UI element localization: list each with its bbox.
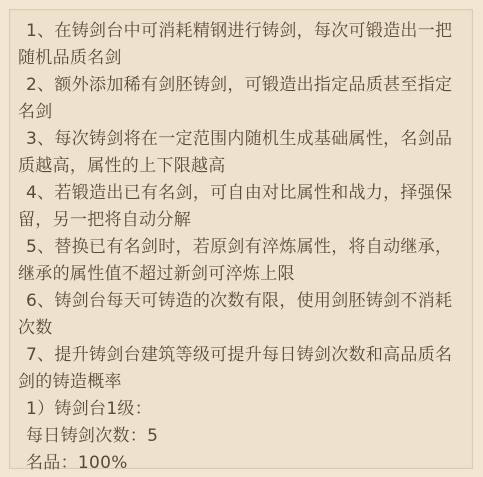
rule-4: 4、若锻造出已有名剑，可自由对比属性和战力，择强保留，另一把将自动分解 xyxy=(18,180,468,234)
rule-7: 7、提升铸剑台建筑等级可提升每日铸剑次数和高品质名剑的铸造概率 xyxy=(18,342,468,396)
level-1-title: 1）铸剑台1级： xyxy=(18,396,468,423)
daily-count-label: 每日铸剑次数： xyxy=(26,426,147,446)
quality-label: 名品： xyxy=(26,453,78,459)
rules-text: 1、在铸剑台中可消耗精钢进行铸剑，每次可锻造出一把随机品质名剑 2、额外添加稀有… xyxy=(18,18,468,459)
rule-text: 4、若锻造出已有名剑，可自由对比属性和战力，择强保留，另一把将自动分解 xyxy=(18,183,452,230)
rule-text: 7、提升铸剑台建筑等级可提升每日铸剑次数和高品质名剑的铸造概率 xyxy=(18,345,452,392)
level-1-daily: 每日铸剑次数：5 xyxy=(18,423,468,450)
rule-text: 2、额外添加稀有剑胚铸剑，可锻造出指定品质甚至指定名剑 xyxy=(18,75,452,122)
quality-value: 100% xyxy=(78,453,128,459)
level-1-quality: 名品：100% xyxy=(18,450,468,459)
rule-text: 6、铸剑台每天可铸造的次数有限，使用剑胚铸剑不消耗次数 xyxy=(18,291,452,338)
rule-text: 1、在铸剑台中可消耗精钢进行铸剑，每次可锻造出一把随机品质名剑 xyxy=(18,21,452,68)
rule-5: 5、替换已有名剑时，若原剑有淬炼属性，将自动继承，继承的属性值不超过新剑可淬炼上… xyxy=(18,234,468,288)
rule-2: 2、额外添加稀有剑胚铸剑，可锻造出指定品质甚至指定名剑 xyxy=(18,72,468,126)
rule-text: 3、每次铸剑将在一定范围内随机生成基础属性，名剑品质越高，属性的上下限越高 xyxy=(18,129,452,176)
rule-text: 5、替换已有名剑时，若原剑有淬炼属性，将自动继承，继承的属性值不超过新剑可淬炼上… xyxy=(18,237,452,284)
rule-6: 6、铸剑台每天可铸造的次数有限，使用剑胚铸剑不消耗次数 xyxy=(18,288,468,342)
rule-1: 1、在铸剑台中可消耗精钢进行铸剑，每次可锻造出一把随机品质名剑 xyxy=(18,18,468,72)
rule-3: 3、每次铸剑将在一定范围内随机生成基础属性，名剑品质越高，属性的上下限越高 xyxy=(18,126,468,180)
daily-count-value: 5 xyxy=(147,426,158,446)
